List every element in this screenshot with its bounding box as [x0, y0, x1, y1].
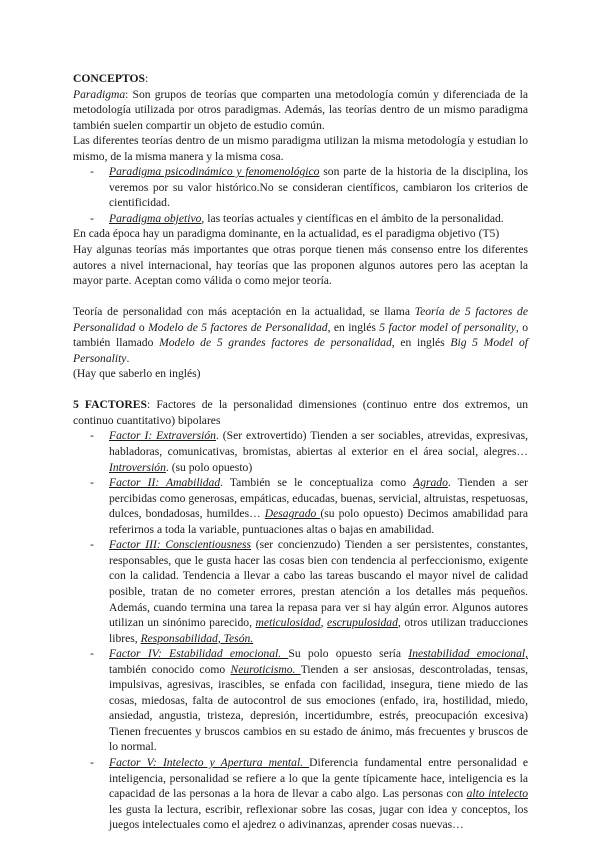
- factor-title: Factor I: Extraversión: [109, 429, 216, 442]
- spacer: [73, 289, 528, 305]
- opposite-pole: Inestabilidad emocional,: [408, 647, 528, 660]
- text: Su polo opuesto sería: [288, 647, 408, 660]
- conceptos-heading-line: CONCEPTOS:: [73, 71, 528, 87]
- alt-name: Neuroticismo.: [230, 663, 300, 676]
- paradigm-list: -Paradigma psicodinámico y fenomenológic…: [73, 164, 528, 226]
- list-item-factor-4: -Factor IV: Estabilidad emocional. Su po…: [73, 646, 528, 755]
- synonym: Responsabilidad, Tesón.: [141, 632, 254, 645]
- alt-name: Agrado: [413, 476, 448, 489]
- bullet-dash: -: [90, 211, 94, 227]
- heading-colon: :: [145, 72, 148, 85]
- document-page: CONCEPTOS: Paradigma: Son grupos de teor…: [73, 71, 528, 833]
- factores-intro: 5 FACTORES: Factores de la personalidad …: [73, 397, 528, 428]
- opposite-pole: Desagrado: [265, 507, 321, 520]
- text: , en inglés: [328, 321, 380, 334]
- synonym: escrupulosidad: [327, 616, 398, 629]
- bullet-dash: -: [90, 537, 94, 553]
- paragraph-same-methodology: Las diferentes teorías dentro de un mism…: [73, 133, 528, 164]
- list-item-psicodinamico: -Paradigma psicodinámico y fenomenológic…: [73, 164, 528, 211]
- paragraph-consensus: Hay algunas teorías más importantes que …: [73, 242, 528, 289]
- bullet-dash: -: [90, 646, 94, 662]
- list-item-factor-2: -Factor II: Amabilidad. También se le co…: [73, 475, 528, 537]
- term-alto-intelecto: alto intelecto: [467, 787, 528, 800]
- text: también conocido como: [109, 663, 230, 676]
- text: , en inglés: [392, 336, 451, 349]
- paragraph-note-english: (Hay que saberlo en inglés): [73, 366, 528, 382]
- factor-title: Factor II: Amabilidad: [109, 476, 220, 489]
- factor-title: Factor V: Intelecto y Apertura mental.: [109, 756, 309, 769]
- conceptos-heading: CONCEPTOS: [73, 72, 145, 85]
- list-item-factor-3: -Factor III: Conscientiousness (ser conc…: [73, 537, 528, 646]
- spacer: [73, 382, 528, 398]
- text: . (su polo opuesto): [166, 461, 252, 474]
- bullet-dash: -: [90, 164, 94, 180]
- term-objetivo: Paradigma objetivo: [109, 212, 201, 225]
- factor-title: Factor III: Conscientiousness: [109, 538, 251, 551]
- list-item-text: , las teorías actuales y científicas en …: [201, 212, 503, 225]
- term-5-factor-model: 5 factor model of personality: [379, 321, 516, 334]
- list-item-objetivo: -Paradigma objetivo, las teorías actuale…: [73, 211, 528, 227]
- bullet-dash: -: [90, 755, 94, 771]
- list-item-factor-1: -Factor I: Extraversión. (Ser extroverti…: [73, 428, 528, 475]
- paradigma-term: Paradigma: [73, 88, 125, 101]
- text: . También se le conceptualiza como: [220, 476, 413, 489]
- bullet-dash: -: [90, 475, 94, 491]
- paradigma-definition: Paradigma: Son grupos de teorías que com…: [73, 87, 528, 134]
- term-modelo-5-grandes: Modelo de 5 grandes factores de personal…: [159, 336, 392, 349]
- factores-heading: 5 FACTORES: [73, 398, 147, 411]
- text: Tienden a ser ansiosas, descontroladas, …: [109, 663, 528, 754]
- text: o: [135, 321, 148, 334]
- paragraph-teoria: Teoría de personalidad con más aceptació…: [73, 304, 528, 366]
- text: les gusta la lectura, escribir, reflexio…: [109, 803, 528, 832]
- synonym: meticulosidad: [256, 616, 321, 629]
- text: .: [126, 352, 129, 365]
- term-psicodinamico: Paradigma psicodinámico y fenomenológico: [109, 165, 319, 178]
- factor-title: Factor IV: Estabilidad emocional.: [109, 647, 288, 660]
- text: Teoría de personalidad con más aceptació…: [73, 305, 415, 318]
- paradigma-definition-text: : Son grupos de teorías que comparten un…: [73, 88, 528, 132]
- term-modelo-5-factores: Modelo de 5 factores de Personalidad: [148, 321, 327, 334]
- list-item-factor-5: -Factor V: Intelecto y Apertura mental. …: [73, 755, 528, 833]
- bullet-dash: -: [90, 428, 94, 444]
- factor-list: -Factor I: Extraversión. (Ser extroverti…: [73, 428, 528, 832]
- paragraph-dominant-paradigm: En cada época hay un paradigma dominante…: [73, 226, 528, 242]
- opposite-pole: Introversión: [109, 461, 166, 474]
